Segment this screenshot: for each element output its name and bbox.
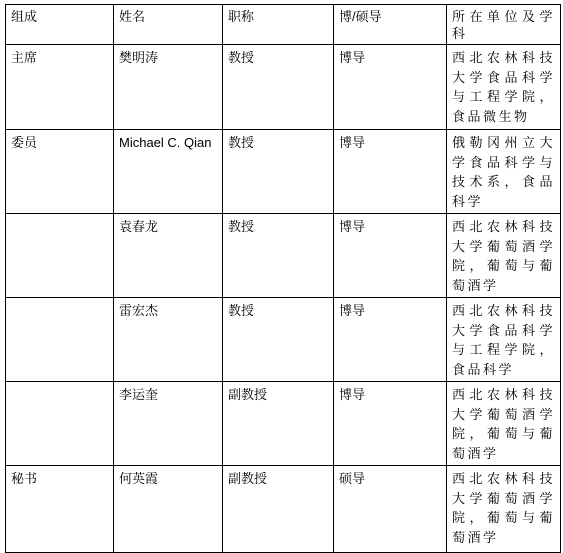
cell-title: 教授 [223,214,334,298]
cell-affiliation: 西北农林科技大学葡萄酒学院，葡萄与葡萄酒学 [447,466,561,553]
cell-name: Michael C. Qian [114,130,223,214]
table-row: 秘书 何英霞 副教授 硕导 西北农林科技大学葡萄酒学院，葡萄与葡萄酒学 [6,466,561,553]
cell-role: 秘书 [6,466,114,553]
cell-supervisor: 博导 [334,130,447,214]
cell-supervisor: 博导 [334,382,447,466]
cell-title: 教授 [223,298,334,382]
cell-supervisor: 博导 [334,45,447,130]
document-page: 组成 姓名 职称 博/硕导 所在单位及学科 主席 樊明涛 教授 博导 西北农林科… [0,0,563,553]
cell-role [6,298,114,382]
cell-name: 李运奎 [114,382,223,466]
cell-name: 樊明涛 [114,45,223,130]
cell-title: 教授 [223,45,334,130]
cell-title: 副教授 [223,466,334,553]
cell-supervisor: 博导 [334,214,447,298]
cell-affiliation: 西北农林科技大学葡萄酒学院，葡萄与葡萄酒学 [447,382,561,466]
cell-name: 何英霞 [114,466,223,553]
cell-supervisor: 博导 [334,298,447,382]
cell-role: 主席 [6,45,114,130]
column-header-role: 组成 [6,5,114,45]
column-header-name: 姓名 [114,5,223,45]
cell-supervisor: 硕导 [334,466,447,553]
cell-affiliation: 西北农林科技大学食品科学与工程学院，食品科学 [447,298,561,382]
table-row: 委员 Michael C. Qian 教授 博导 俄勒冈州立大学食品科学与技术系… [6,130,561,214]
table-row: 李运奎 副教授 博导 西北农林科技大学葡萄酒学院，葡萄与葡萄酒学 [6,382,561,466]
table-row: 袁春龙 教授 博导 西北农林科技大学葡萄酒学院，葡萄与葡萄酒学 [6,214,561,298]
header-row: 组成 姓名 职称 博/硕导 所在单位及学科 [6,5,561,45]
column-header-title: 职称 [223,5,334,45]
table-row: 主席 樊明涛 教授 博导 西北农林科技大学食品科学与工程学院，食品微生物 [6,45,561,130]
column-header-affiliation: 所在单位及学科 [447,5,561,45]
cell-role [6,214,114,298]
cell-name: 袁春龙 [114,214,223,298]
cell-role: 委员 [6,130,114,214]
column-header-supervisor: 博/硕导 [334,5,447,45]
cell-role [6,382,114,466]
cell-title: 副教授 [223,382,334,466]
cell-title: 教授 [223,130,334,214]
cell-affiliation: 俄勒冈州立大学食品科学与技术系，食品科学 [447,130,561,214]
committee-table: 组成 姓名 职称 博/硕导 所在单位及学科 主席 樊明涛 教授 博导 西北农林科… [5,4,561,553]
cell-affiliation: 西北农林科技大学食品科学与工程学院，食品微生物 [447,45,561,130]
cell-affiliation: 西北农林科技大学葡萄酒学院，葡萄与葡萄酒学 [447,214,561,298]
cell-name: 雷宏杰 [114,298,223,382]
table-row: 雷宏杰 教授 博导 西北农林科技大学食品科学与工程学院，食品科学 [6,298,561,382]
